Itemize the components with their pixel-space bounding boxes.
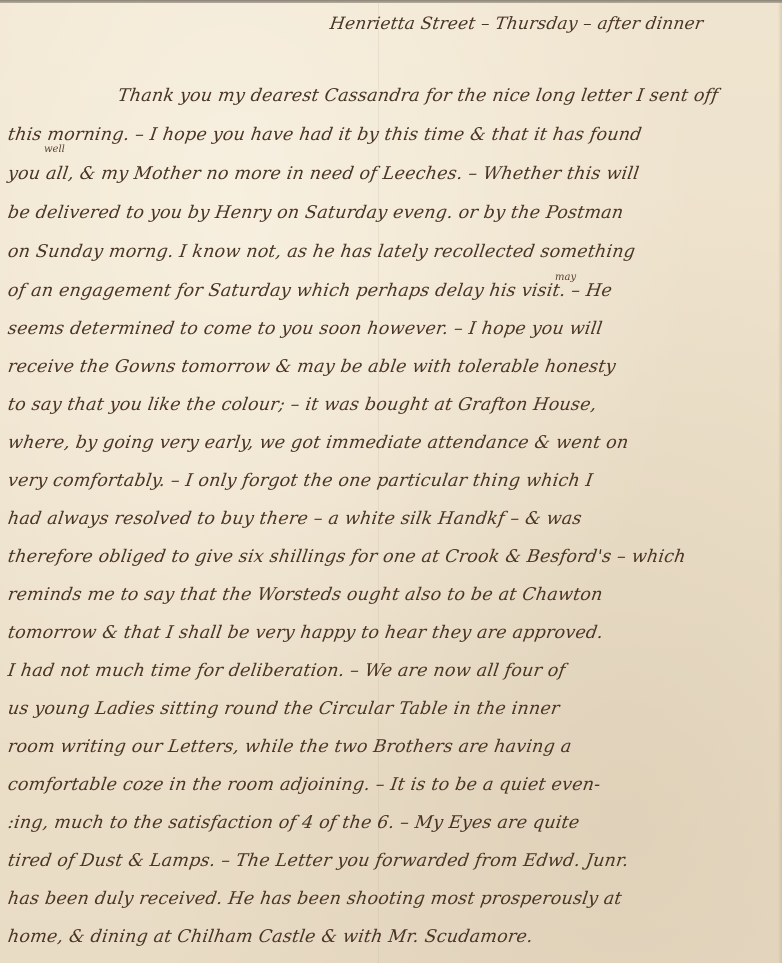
- letter-line: of an engagement for Saturday which perh…: [7, 281, 614, 301]
- letter-line: on Sunday morng. I know not, as he has l…: [7, 242, 637, 262]
- letter-line: reminds me to say that the Worsteds ough…: [7, 585, 604, 605]
- page-top-edge: [0, 0, 782, 3]
- letter-line: room writing our Letters, while the two …: [7, 737, 573, 757]
- letter-line: therefore obliged to give six shillings …: [7, 547, 688, 567]
- letter-heading: Henrietta Street – Thursday – after dinn…: [329, 14, 705, 34]
- letter-line: very comfortably. – I only forgot the on…: [7, 471, 595, 491]
- letter-line: us young Ladies sitting round the Circul…: [7, 699, 561, 719]
- letter-line: tired of Dust & Lamps. – The Letter you …: [7, 851, 630, 871]
- letter-line: Thank you my dearest Cassandra for the n…: [117, 86, 720, 106]
- letter-line: home, & dining at Chilham Castle & with …: [7, 927, 535, 947]
- letter-line: I had not much time for deliberation. – …: [7, 661, 567, 681]
- interlineation-well: well: [44, 144, 65, 155]
- manuscript-page: Henrietta Street – Thursday – after dinn…: [0, 0, 782, 963]
- letter-line: to say that you like the colour; – it wa…: [7, 395, 598, 415]
- letter-line: receive the Gowns tomorrow & may be able…: [7, 357, 617, 377]
- letter-line: has been duly received. He has been shoo…: [7, 889, 624, 909]
- letter-line: this morning. – I hope you have had it b…: [7, 125, 643, 145]
- letter-line: had always resolved to buy there – a whi…: [7, 509, 584, 529]
- letter-line: tomorrow & that I shall be very happy to…: [7, 623, 605, 643]
- letter-line: seems determined to come to you soon how…: [7, 319, 604, 339]
- page-right-edge: [778, 0, 782, 963]
- letter-line: comfortable coze in the room adjoining. …: [7, 775, 602, 795]
- letter-line: :ing, much to the satisfaction of 4 of t…: [7, 813, 581, 833]
- letter-line: where, by going very early, we got immed…: [7, 433, 630, 453]
- letter-line: you all, & my Mother no more in need of …: [7, 164, 641, 184]
- letter-line: be delivered to you by Henry on Saturday…: [7, 203, 625, 223]
